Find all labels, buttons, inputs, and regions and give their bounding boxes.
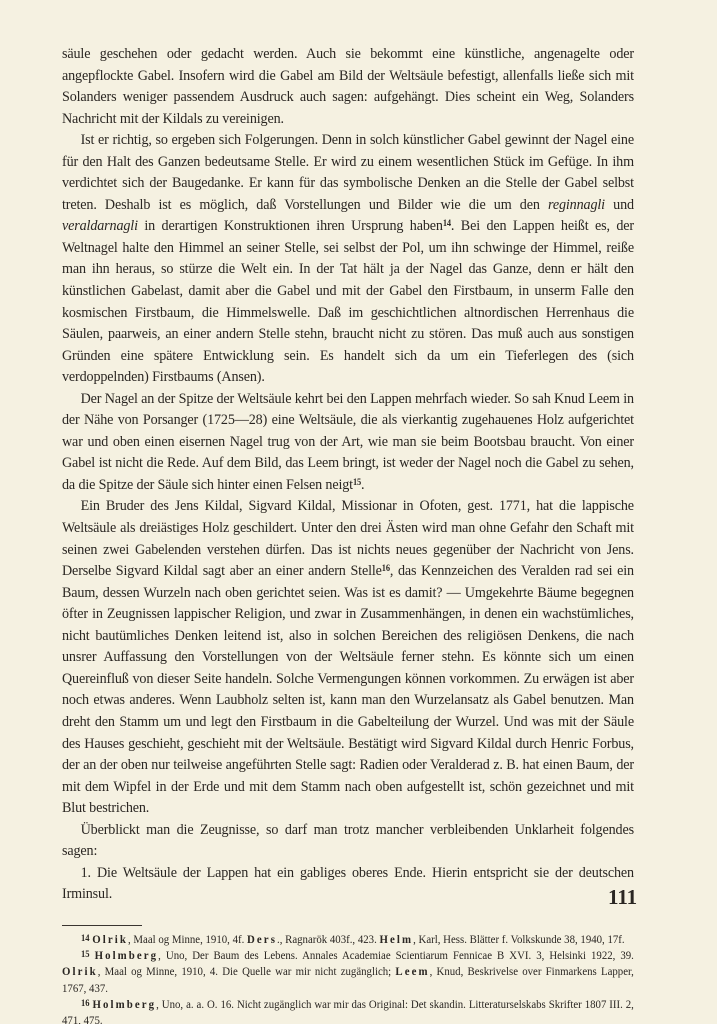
footnote-divider: [62, 925, 142, 926]
footnote-14: 14 Olrik, Maal og Minne, 1910, 4f. Ders.…: [62, 932, 634, 948]
paragraph-5: Überblickt man die Zeugnisse, so darf ma…: [62, 819, 634, 862]
page-number: 111: [608, 885, 637, 910]
footnote-ref-16: 16: [382, 563, 390, 573]
paragraph-4: Ein Bruder des Jens Kildal, Sigvard Kild…: [62, 495, 634, 818]
page-content: säule geschehen oder gedacht werden. Auc…: [62, 43, 634, 1024]
paragraph-3: Der Nagel an der Spitze der Weltsäule ke…: [62, 388, 634, 496]
footnote-16: 16 Holmberg, Uno, a. a. O. 16. Nicht zug…: [62, 997, 634, 1024]
paragraph-6: 1. Die Weltsäule der Lappen hat ein gabl…: [62, 862, 634, 905]
footnotes: 14 Olrik, Maal og Minne, 1910, 4f. Ders.…: [62, 932, 634, 1024]
footnote-ref-14: 14: [443, 218, 451, 228]
paragraph-2: Ist er richtig, so ergeben sich Folgerun…: [62, 129, 634, 388]
footnote-ref-15: 15: [353, 477, 361, 487]
footnote-15: 15 Holmberg, Uno, Der Baum des Lebens. A…: [62, 948, 634, 997]
term-veraldarnagli: veraldarnagli: [62, 217, 138, 234]
body-text: säule geschehen oder gedacht werden. Auc…: [62, 43, 634, 905]
paragraph-1: säule geschehen oder gedacht werden. Auc…: [62, 43, 634, 129]
term-reginnagli: reginnagli: [548, 196, 605, 213]
